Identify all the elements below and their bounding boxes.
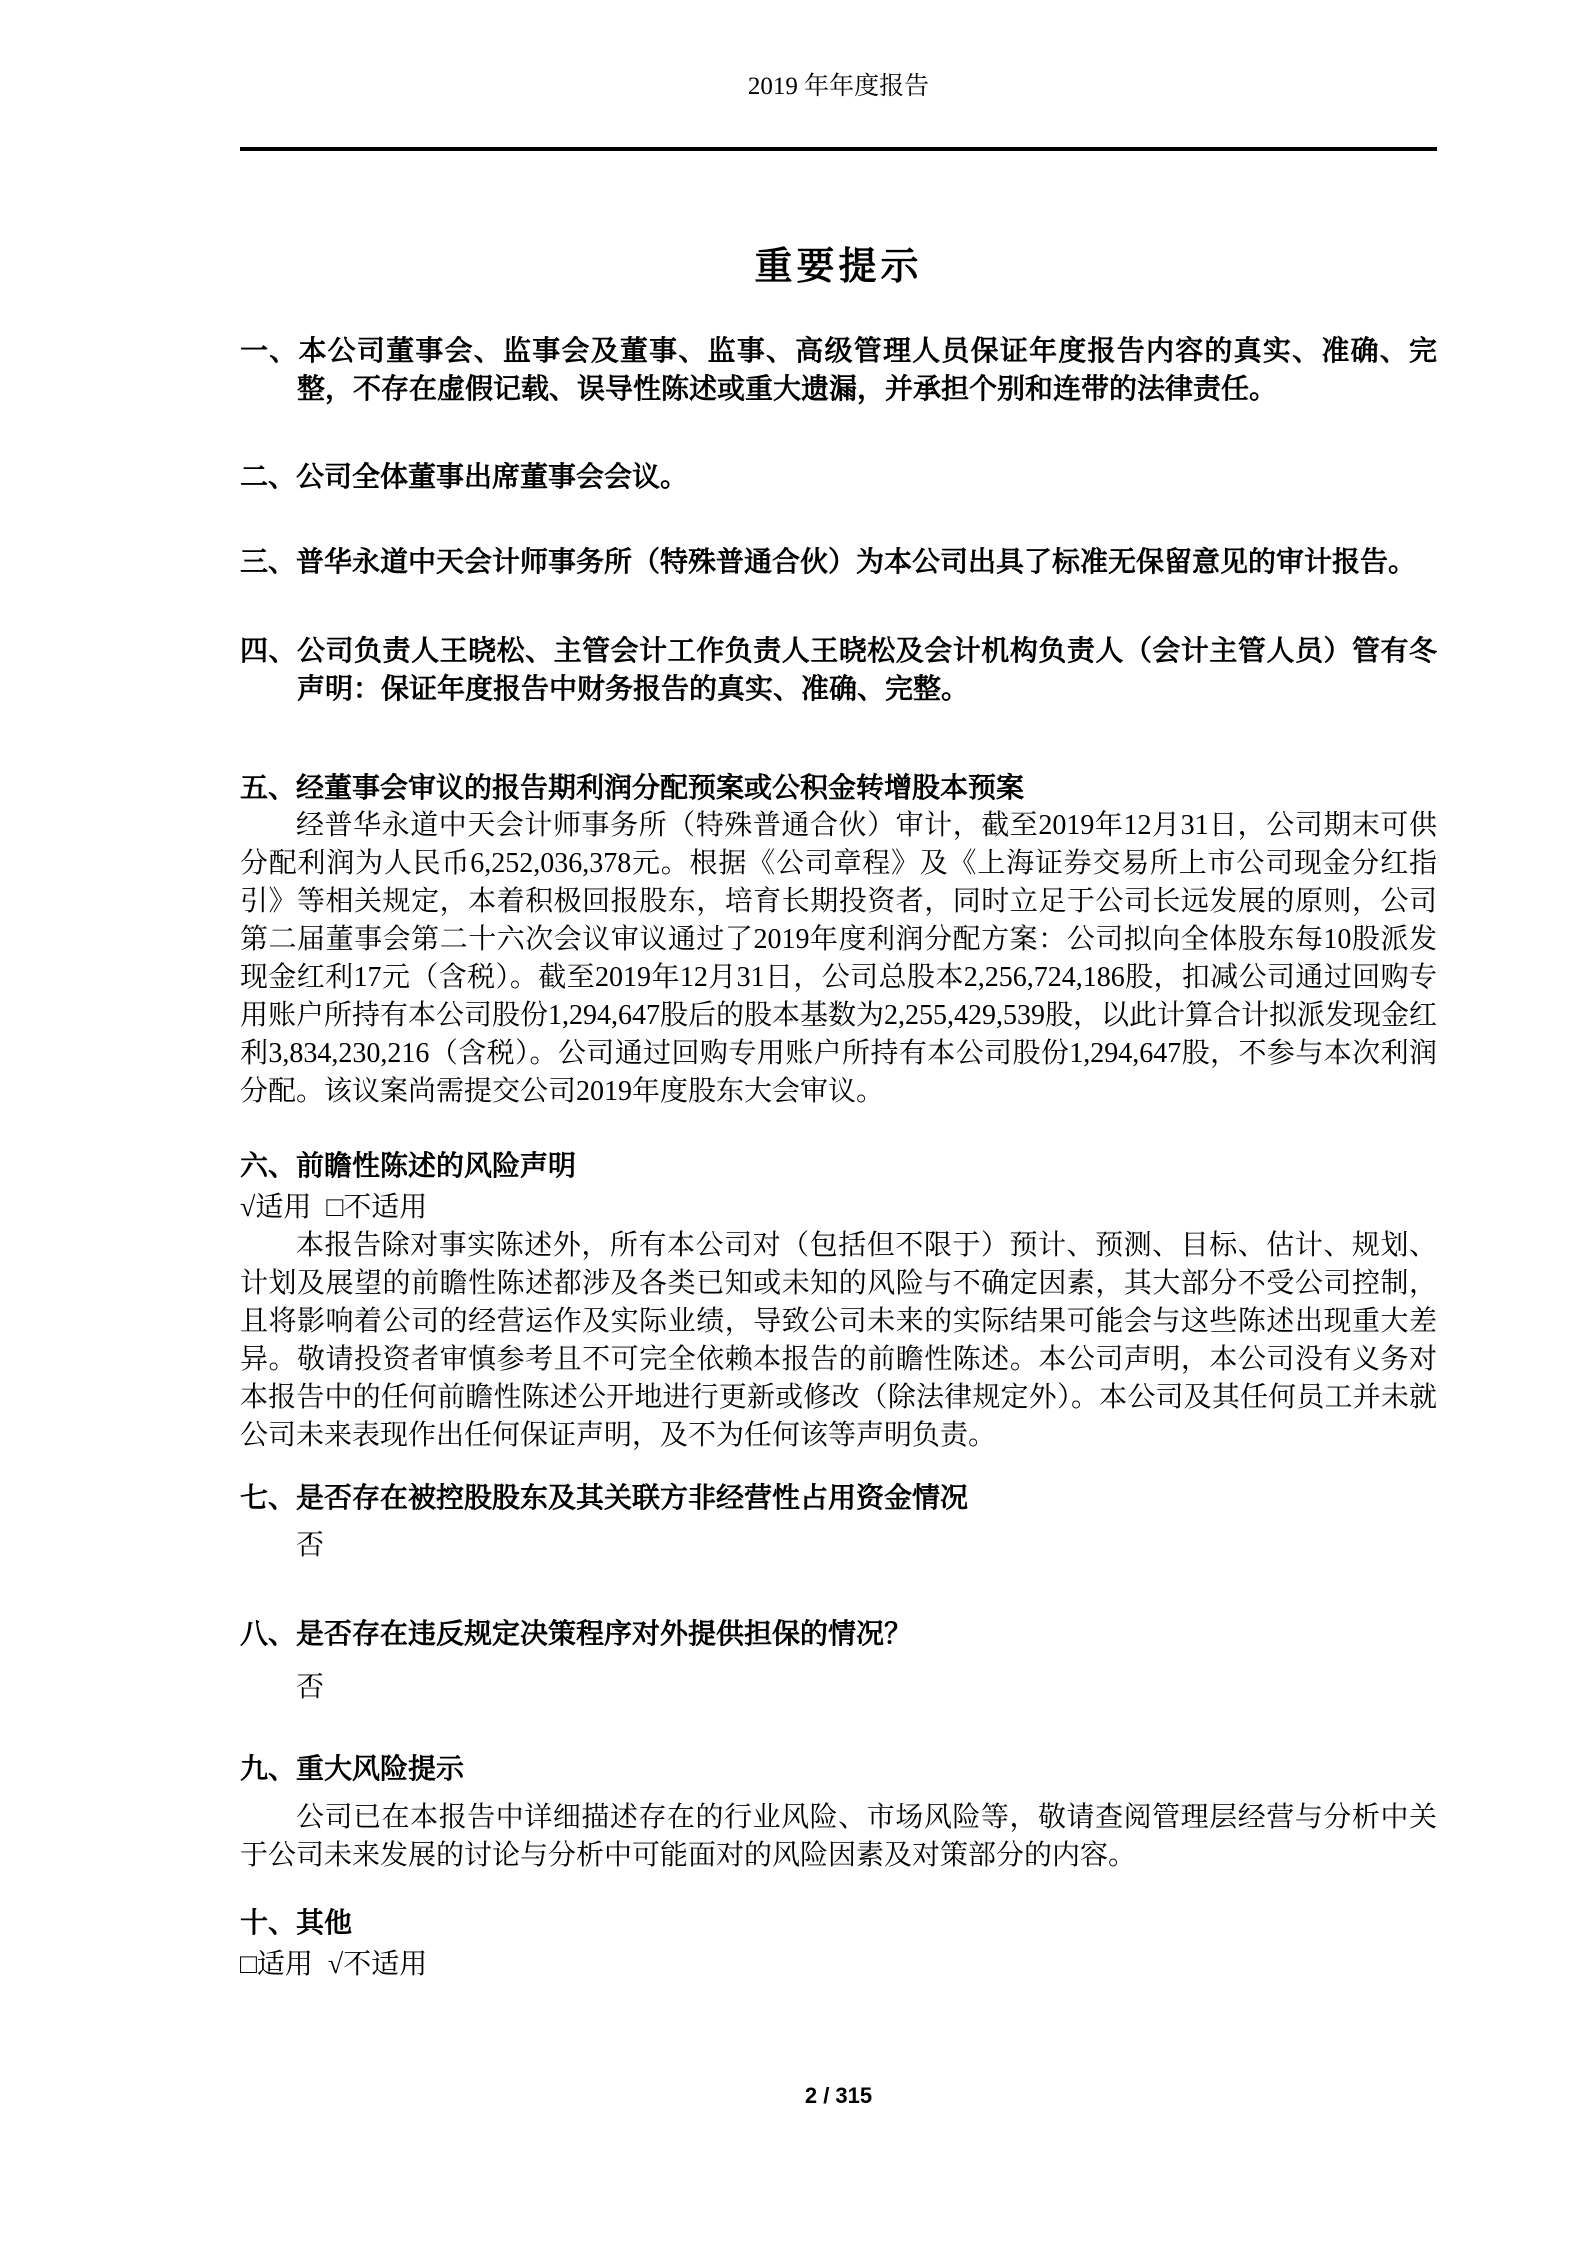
section-9: 九、重大风险提示 公司已在本报告中详细描述存在的行业风险、市场风险等，敬请查阅管… xyxy=(240,1750,1437,1875)
page-title: 重要提示 xyxy=(240,243,1437,291)
section-6-paragraph: 本报告除对事实陈述外，所有本公司对（包括但不限于）预计、预测、目标、估计、规划、… xyxy=(240,1227,1437,1455)
section-8-answer: 否 xyxy=(240,1669,1437,1707)
section-2-heading: 二、公司全体董事出席董事会会议。 xyxy=(240,458,1437,496)
page-number: 2 / 315 xyxy=(240,2083,1437,2109)
report-page: 2019 年年度报告 重要提示 一、本公司董事会、监事会及董事、监事、高级管理人… xyxy=(0,0,1587,2245)
section-6-applicability: √适用 □不适用 xyxy=(240,1189,1437,1227)
section-9-heading: 九、重大风险提示 xyxy=(240,1750,1437,1788)
section-7-answer: 否 xyxy=(240,1527,1437,1565)
section-1-heading: 一、本公司董事会、监事会及董事、监事、高级管理人员保证年度报告内容的真实、准确、… xyxy=(240,332,1437,408)
section-3: 三、普华永道中天会计师事务所（特殊普通合伙）为本公司出具了标准无保留意见的审计报… xyxy=(240,543,1437,581)
section-6: 六、前瞻性陈述的风险声明 √适用 □不适用 本报告除对事实陈述外，所有本公司对（… xyxy=(240,1147,1437,1455)
section-3-heading: 三、普华永道中天会计师事务所（特殊普通合伙）为本公司出具了标准无保留意见的审计报… xyxy=(240,543,1437,581)
section-4-heading: 四、公司负责人王晓松、主管会计工作负责人王晓松及会计机构负责人（会计主管人员）管… xyxy=(240,632,1437,708)
section-10-heading: 十、其他 xyxy=(240,1904,1437,1942)
section-8: 八、是否存在违反规定决策程序对外提供担保的情况？ 否 xyxy=(240,1615,1437,1707)
section-5-heading: 五、经董事会审议的报告期利润分配预案或公积金转增股本预案 xyxy=(240,769,1437,807)
section-6-heading: 六、前瞻性陈述的风险声明 xyxy=(240,1147,1437,1185)
section-2: 二、公司全体董事出席董事会会议。 xyxy=(240,458,1437,496)
section-5: 五、经董事会审议的报告期利润分配预案或公积金转增股本预案 经普华永道中天会计师事… xyxy=(240,769,1437,1111)
section-8-heading: 八、是否存在违反规定决策程序对外提供担保的情况？ xyxy=(240,1615,1437,1653)
section-10: 十、其他 □适用 √不适用 xyxy=(240,1904,1437,1984)
section-4: 四、公司负责人王晓松、主管会计工作负责人王晓松及会计机构负责人（会计主管人员）管… xyxy=(240,632,1437,708)
section-7-heading: 七、是否存在被控股股东及其关联方非经营性占用资金情况 xyxy=(240,1479,1437,1517)
section-5-paragraph: 经普华永道中天会计师事务所（特殊普通合伙）审计，截至2019年12月31日，公司… xyxy=(240,807,1437,1111)
section-9-paragraph: 公司已在本报告中详细描述存在的行业风险、市场风险等，敬请查阅管理层经营与分析中关… xyxy=(240,1799,1437,1875)
section-1: 一、本公司董事会、监事会及董事、监事、高级管理人员保证年度报告内容的真实、准确、… xyxy=(240,332,1437,408)
section-7: 七、是否存在被控股股东及其关联方非经营性占用资金情况 否 xyxy=(240,1479,1437,1565)
page-content: 重要提示 一、本公司董事会、监事会及董事、监事、高级管理人员保证年度报告内容的真… xyxy=(240,0,1437,1984)
section-10-applicability: □适用 √不适用 xyxy=(240,1946,1437,1984)
